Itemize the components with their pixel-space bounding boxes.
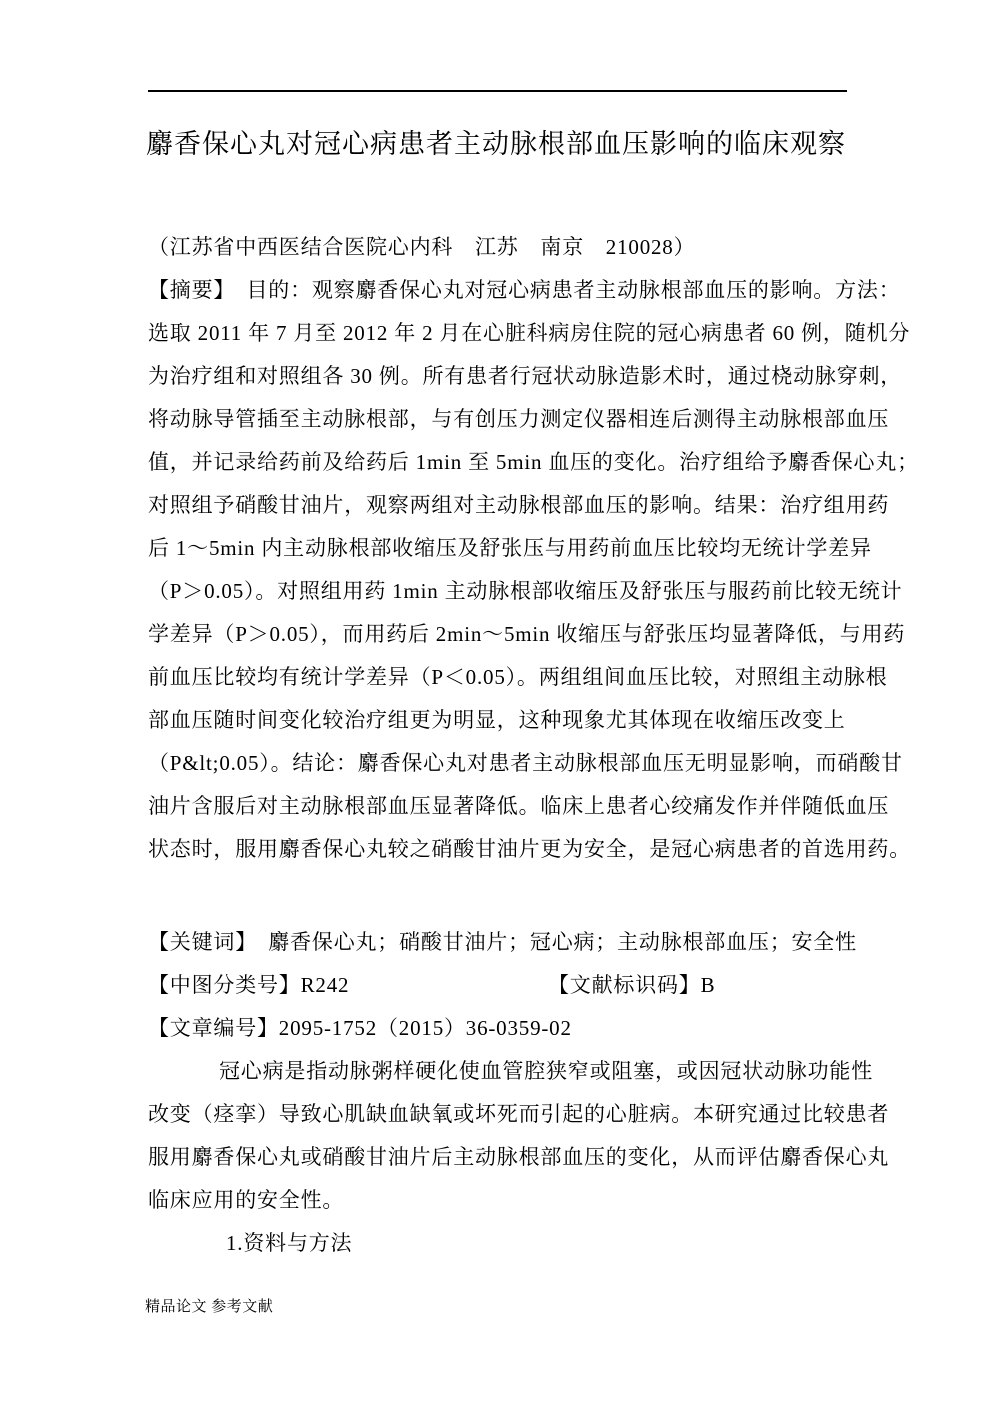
abstract-line: 后 1～5min 内主动脉根部收缩压及舒张压与用药前血压比较均无统计学差异	[148, 527, 864, 570]
paper-title: 麝香保心丸对冠心病患者主动脉根部血压影响的临床观察	[96, 122, 896, 161]
abstract-line: 前血压比较均有统计学差异（P＜0.05）。两组组间血压比较，对照组主动脉根	[148, 656, 864, 699]
abstract-line: 状态时，服用麝香保心丸较之硝酸甘油片更为安全，是冠心病患者的首选用药。	[148, 828, 864, 871]
affiliation-line: （江苏省中西医结合医院心内科 江苏 南京 210028）	[148, 226, 864, 269]
document-code: 【文献标识码】B	[548, 964, 715, 1007]
abstract-line: 为治疗组和对照组各 30 例。所有患者行冠状动脉造影术时，通过桡动脉穿刺，	[148, 355, 864, 398]
intro-line: 改变（痉挛）导致心肌缺血缺氧或坏死而引起的心脏病。本研究通过比较患者	[148, 1093, 864, 1136]
section-heading: 1.资料与方法	[148, 1222, 864, 1265]
document-page: 麝香保心丸对冠心病患者主动脉根部血压影响的临床观察 （江苏省中西医结合医院心内科…	[0, 0, 993, 1404]
abstract-line: 部血压随时间变化较治疗组更为明显，这种现象尤其体现在收缩压改变上	[148, 699, 864, 742]
abstract-line: 选取 2011 年 7 月至 2012 年 2 月在心脏科病房住院的冠心病患者 …	[148, 312, 864, 355]
abstract-line: 值，并记录给药前及给药后 1min 至 5min 血压的变化。治疗组给予麝香保心…	[148, 441, 864, 484]
footer-note: 精品论文 参考文献	[145, 1297, 273, 1317]
header-rule	[148, 90, 847, 92]
intro-line: 冠心病是指动脉粥样硬化使血管腔狭窄或阻塞，或因冠状动脉功能性	[148, 1050, 864, 1093]
abstract-line: 对照组予硝酸甘油片，观察两组对主动脉根部血压的影响。结果：治疗组用药	[148, 484, 864, 527]
intro-line: 服用麝香保心丸或硝酸甘油片后主动脉根部血压的变化，从而评估麝香保心丸	[148, 1136, 864, 1179]
article-number-line: 【文章编号】2095-1752（2015）36-0359-02	[148, 1007, 864, 1050]
clc-number: 【中图分类号】R242	[148, 973, 349, 997]
abstract-line: 【摘要】 目的：观察麝香保心丸对冠心病患者主动脉根部血压的影响。方法：	[148, 269, 864, 312]
classification-line: 【中图分类号】R242 【文献标识码】B	[148, 964, 864, 1007]
abstract-line: （P＞0.05）。对照组用药 1min 主动脉根部收缩压及舒张压与服药前比较无统…	[148, 570, 864, 613]
abstract-line: 学差异（P＞0.05），而用药后 2min～5min 收缩压与舒张压均显著降低，…	[148, 613, 864, 656]
abstract-line: 将动脉导管插至主动脉根部，与有创压力测定仪器相连后测得主动脉根部血压	[148, 398, 864, 441]
abstract-line: 油片含服后对主动脉根部血压显著降低。临床上患者心绞痛发作并伴随低血压	[148, 785, 864, 828]
abstract-line: （P&lt;0.05）。结论：麝香保心丸对患者主动脉根部血压无明显影响，而硝酸甘	[148, 742, 864, 785]
intro-line: 临床应用的安全性。	[148, 1179, 864, 1222]
paper-body: （江苏省中西医结合医院心内科 江苏 南京 210028） 【摘要】 目的：观察麝…	[148, 226, 864, 1265]
keywords-line: 【关键词】 麝香保心丸；硝酸甘油片；冠心病；主动脉根部血压；安全性	[148, 921, 864, 964]
